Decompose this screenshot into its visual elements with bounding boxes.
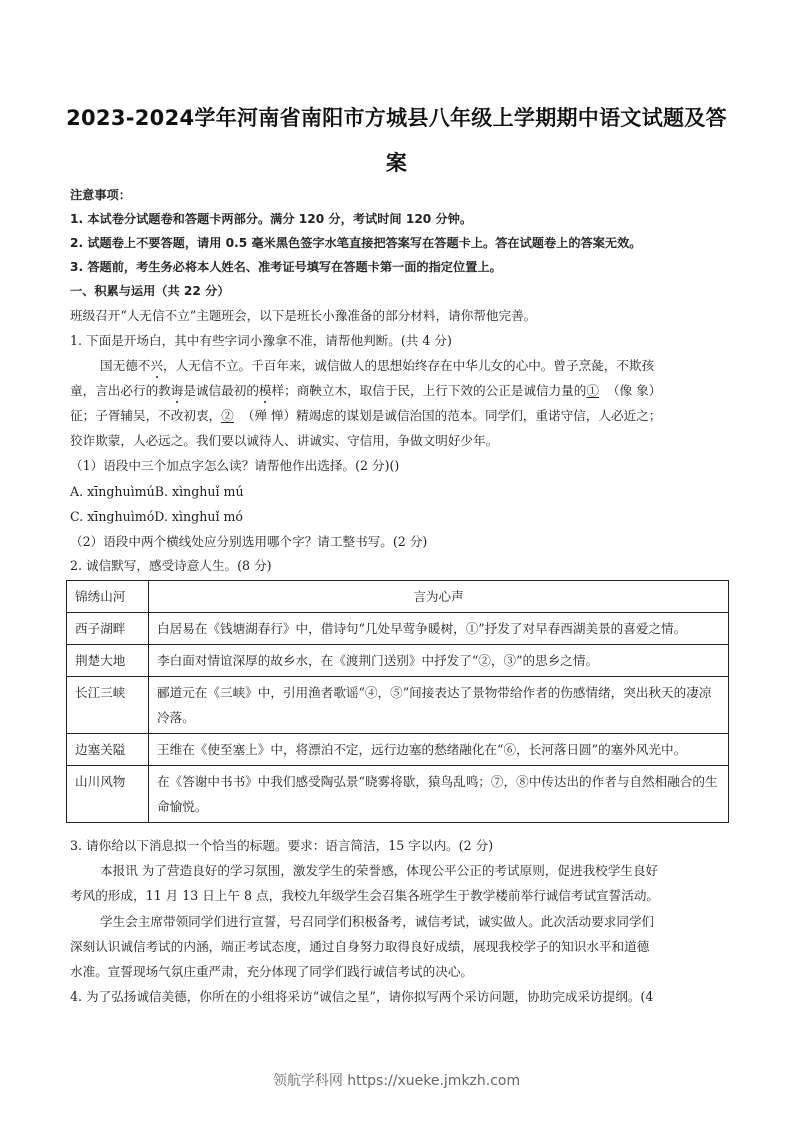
passage-line-2: 童，言出必行的教诲是诚信最初的模样；商鞅立木，取信于民，上行下效的公正是诚信力量…	[70, 383, 661, 399]
table-cell-place: 西子湖畔	[67, 613, 149, 645]
passage-text: ，人无信不立。千百年来，诚信做人的思想始终存在中华儿女的心中。曾子烹彘，不欺孩	[163, 358, 654, 373]
table-cell-text: 在《答谢中书书》中我们感受陶弘景“晓雾将歇，猿鸟乱鸣；⑦，⑧中传达出的作者与自然…	[149, 766, 729, 823]
table-header-row: 锦绣山河 言为心声	[67, 581, 729, 613]
news-para1-line1: 本报讯 为了营造良好的学习氛围，激发学生的荣誉感，体现公平公正的考试原则，促进我…	[100, 863, 658, 879]
footer-watermark: 领航学科网 https://xueke.jmkzh.com	[0, 1070, 793, 1090]
table-row: 山川风物 在《答谢中书书》中我们感受陶弘景“晓雾将歇，猿鸟乱鸣；⑦，⑧中传达出的…	[67, 766, 729, 823]
table-cell-text: 王维在《使至塞上》中，将漂泊不定，远行边塞的愁绪融化在“⑥，长河落日圆”的塞外风…	[149, 734, 729, 766]
news-para1-line2: 考风的形成，11 月 13 日上午 8 点，我校九年级学生会召集各班学生于教学楼…	[70, 888, 659, 904]
passage-text: 童，言出必行的教	[70, 383, 171, 398]
table-header-cell: 锦绣山河	[67, 581, 149, 613]
news-para2-line3: 水准。宣誓现场气氛庄重严肃，充分体现了同学们践行诚信考试的决心。	[70, 964, 473, 980]
section-heading: 一、积累与运用（共 22 分）	[70, 283, 230, 299]
passage-text: 征；子胥辅吴，不改初衷，	[70, 408, 221, 423]
doc-title-line1: 2023-2024学年河南省南阳市方城县八年级上学期期中语文试题及答	[60, 102, 733, 132]
passage-text: 是诚信最初的	[183, 383, 259, 398]
passage-line-1: 国无德不兴，人无信不立。千百年来，诚信做人的思想始终存在中华儿女的心中。曾子烹彘…	[100, 358, 654, 374]
q4-stem: 4. 为了弘扬诚信美德，你所在的小组将采访“诚信之星”，请你拟写两个采访问题，协…	[70, 989, 653, 1005]
section-intro: 班级召开“人无信不立”主题班会，以下是班长小豫准备的部分材料，请你帮他完善。	[70, 308, 536, 324]
passage-line-4: 狡诈欺蒙，人必远之。我们要以诚待人、讲诚实、守信用，争做文明好少年。	[70, 433, 498, 449]
doc-title-line2: 案	[60, 147, 733, 177]
passage-text: （像 象）	[607, 383, 661, 398]
passage-text: 国无德不	[100, 358, 150, 373]
q2-stem: 2. 诚信默写，感受诗意人生。(8 分)	[70, 558, 272, 574]
notice-item-3: 3. 答题前，考生务必将本人姓名、准考证号填写在答题卡第一面的指定位置上。	[70, 259, 502, 275]
exam-page: 2023-2024学年河南省南阳市方城县八年级上学期期中语文试题及答 案 注意事…	[0, 0, 793, 1122]
q1-sub2: （2）语段中两个横线处应分别选用哪个字？请工整书写。(2 分)	[70, 534, 427, 550]
dotted-char: 诲	[171, 383, 184, 399]
table-row: 荆楚大地 李白面对情谊深厚的故乡水，在《渡荆门送别》中抒发了“②，③”的思乡之情…	[67, 645, 729, 677]
notice-item-1: 1. 本试卷分试题卷和答题卡两部分。满分 120 分，考试时间 120 分钟。	[70, 211, 472, 227]
news-para2-line1: 学生会主席带领同学们进行宣誓，号召同学们积极备考，诚信考试，诚实做人。此次活动要…	[100, 914, 654, 930]
dotted-char: 兴	[150, 358, 163, 374]
answer-blank-2: ②	[221, 408, 234, 423]
passage-text: 样；商鞅立木，取信于民，上行下效的公正是诚信力量的	[272, 383, 587, 398]
notice-item-2: 2. 试题卷上不要答题，请用 0.5 毫米黑色签字水笔直接把答案写在答题卡上。答…	[70, 235, 642, 251]
q1-option-cd: C. xīnghuìmóD. xìnghuǐ mó	[70, 509, 243, 525]
q1-option-ab: A. xīnghuìmúB. xìnghuǐ mú	[70, 484, 244, 500]
q1-stem: 1. 下面是开场白，其中有些字词小豫拿不准，请帮他判断。(共 4 分)	[70, 333, 452, 349]
table-cell-place: 边塞关隘	[67, 734, 149, 766]
q1-sub1: （1）语段中三个加点字怎么读？请帮他作出选择。(2 分)()	[70, 458, 399, 474]
q3-stem: 3. 请你给以下消息拟一个恰当的标题。要求：语言简洁，15 字以内。(2 分)	[70, 838, 493, 854]
notice-heading: 注意事项：	[70, 187, 131, 203]
table-row: 西子湖畔 白居易在《钱塘湖春行》中，借诗句“几处早莺争暖树，①”抒发了对早春西湖…	[67, 613, 729, 645]
news-para2-line2: 深刻认识诚信考试的内涵，端正考试态度，通过自身努力取得良好成绩，展现我校学子的知…	[70, 939, 649, 955]
table-cell-text: 李白面对情谊深厚的故乡水，在《渡荆门送别》中抒发了“②，③”的思乡之情。	[149, 645, 729, 677]
table-cell-place: 长江三峡	[67, 677, 149, 734]
passage-text: （殚 惮）精竭虑的谋划是诚信治国的范本。同学们，重诺守信，人必近之；	[242, 408, 662, 423]
poem-table: 锦绣山河 言为心声 西子湖畔 白居易在《钱塘湖春行》中，借诗句“几处早莺争暖树，…	[66, 580, 729, 823]
table-cell-text: 郦道元在《三峡》中，引用渔者歌谣“④，⑤”间接表达了景物带给作者的伤感情绪，突出…	[149, 677, 729, 734]
table-cell-place: 山川风物	[67, 766, 149, 823]
table-cell-place: 荆楚大地	[67, 645, 149, 677]
answer-blank-1: ①	[586, 383, 599, 398]
table-cell-text: 白居易在《钱塘湖春行》中，借诗句“几处早莺争暖树，①”抒发了对早春西湖美景的喜爱…	[149, 613, 729, 645]
table-header-cell: 言为心声	[149, 581, 729, 613]
table-row: 边塞关隘 王维在《使至塞上》中，将漂泊不定，远行边塞的愁绪融化在“⑥，长河落日圆…	[67, 734, 729, 766]
passage-line-3: 征；子胥辅吴，不改初衷，② （殚 惮）精竭虑的谋划是诚信治国的范本。同学们，重诺…	[70, 408, 661, 424]
dotted-char: 模	[259, 383, 272, 399]
table-row: 长江三峡 郦道元在《三峡》中，引用渔者歌谣“④，⑤”间接表达了景物带给作者的伤感…	[67, 677, 729, 734]
